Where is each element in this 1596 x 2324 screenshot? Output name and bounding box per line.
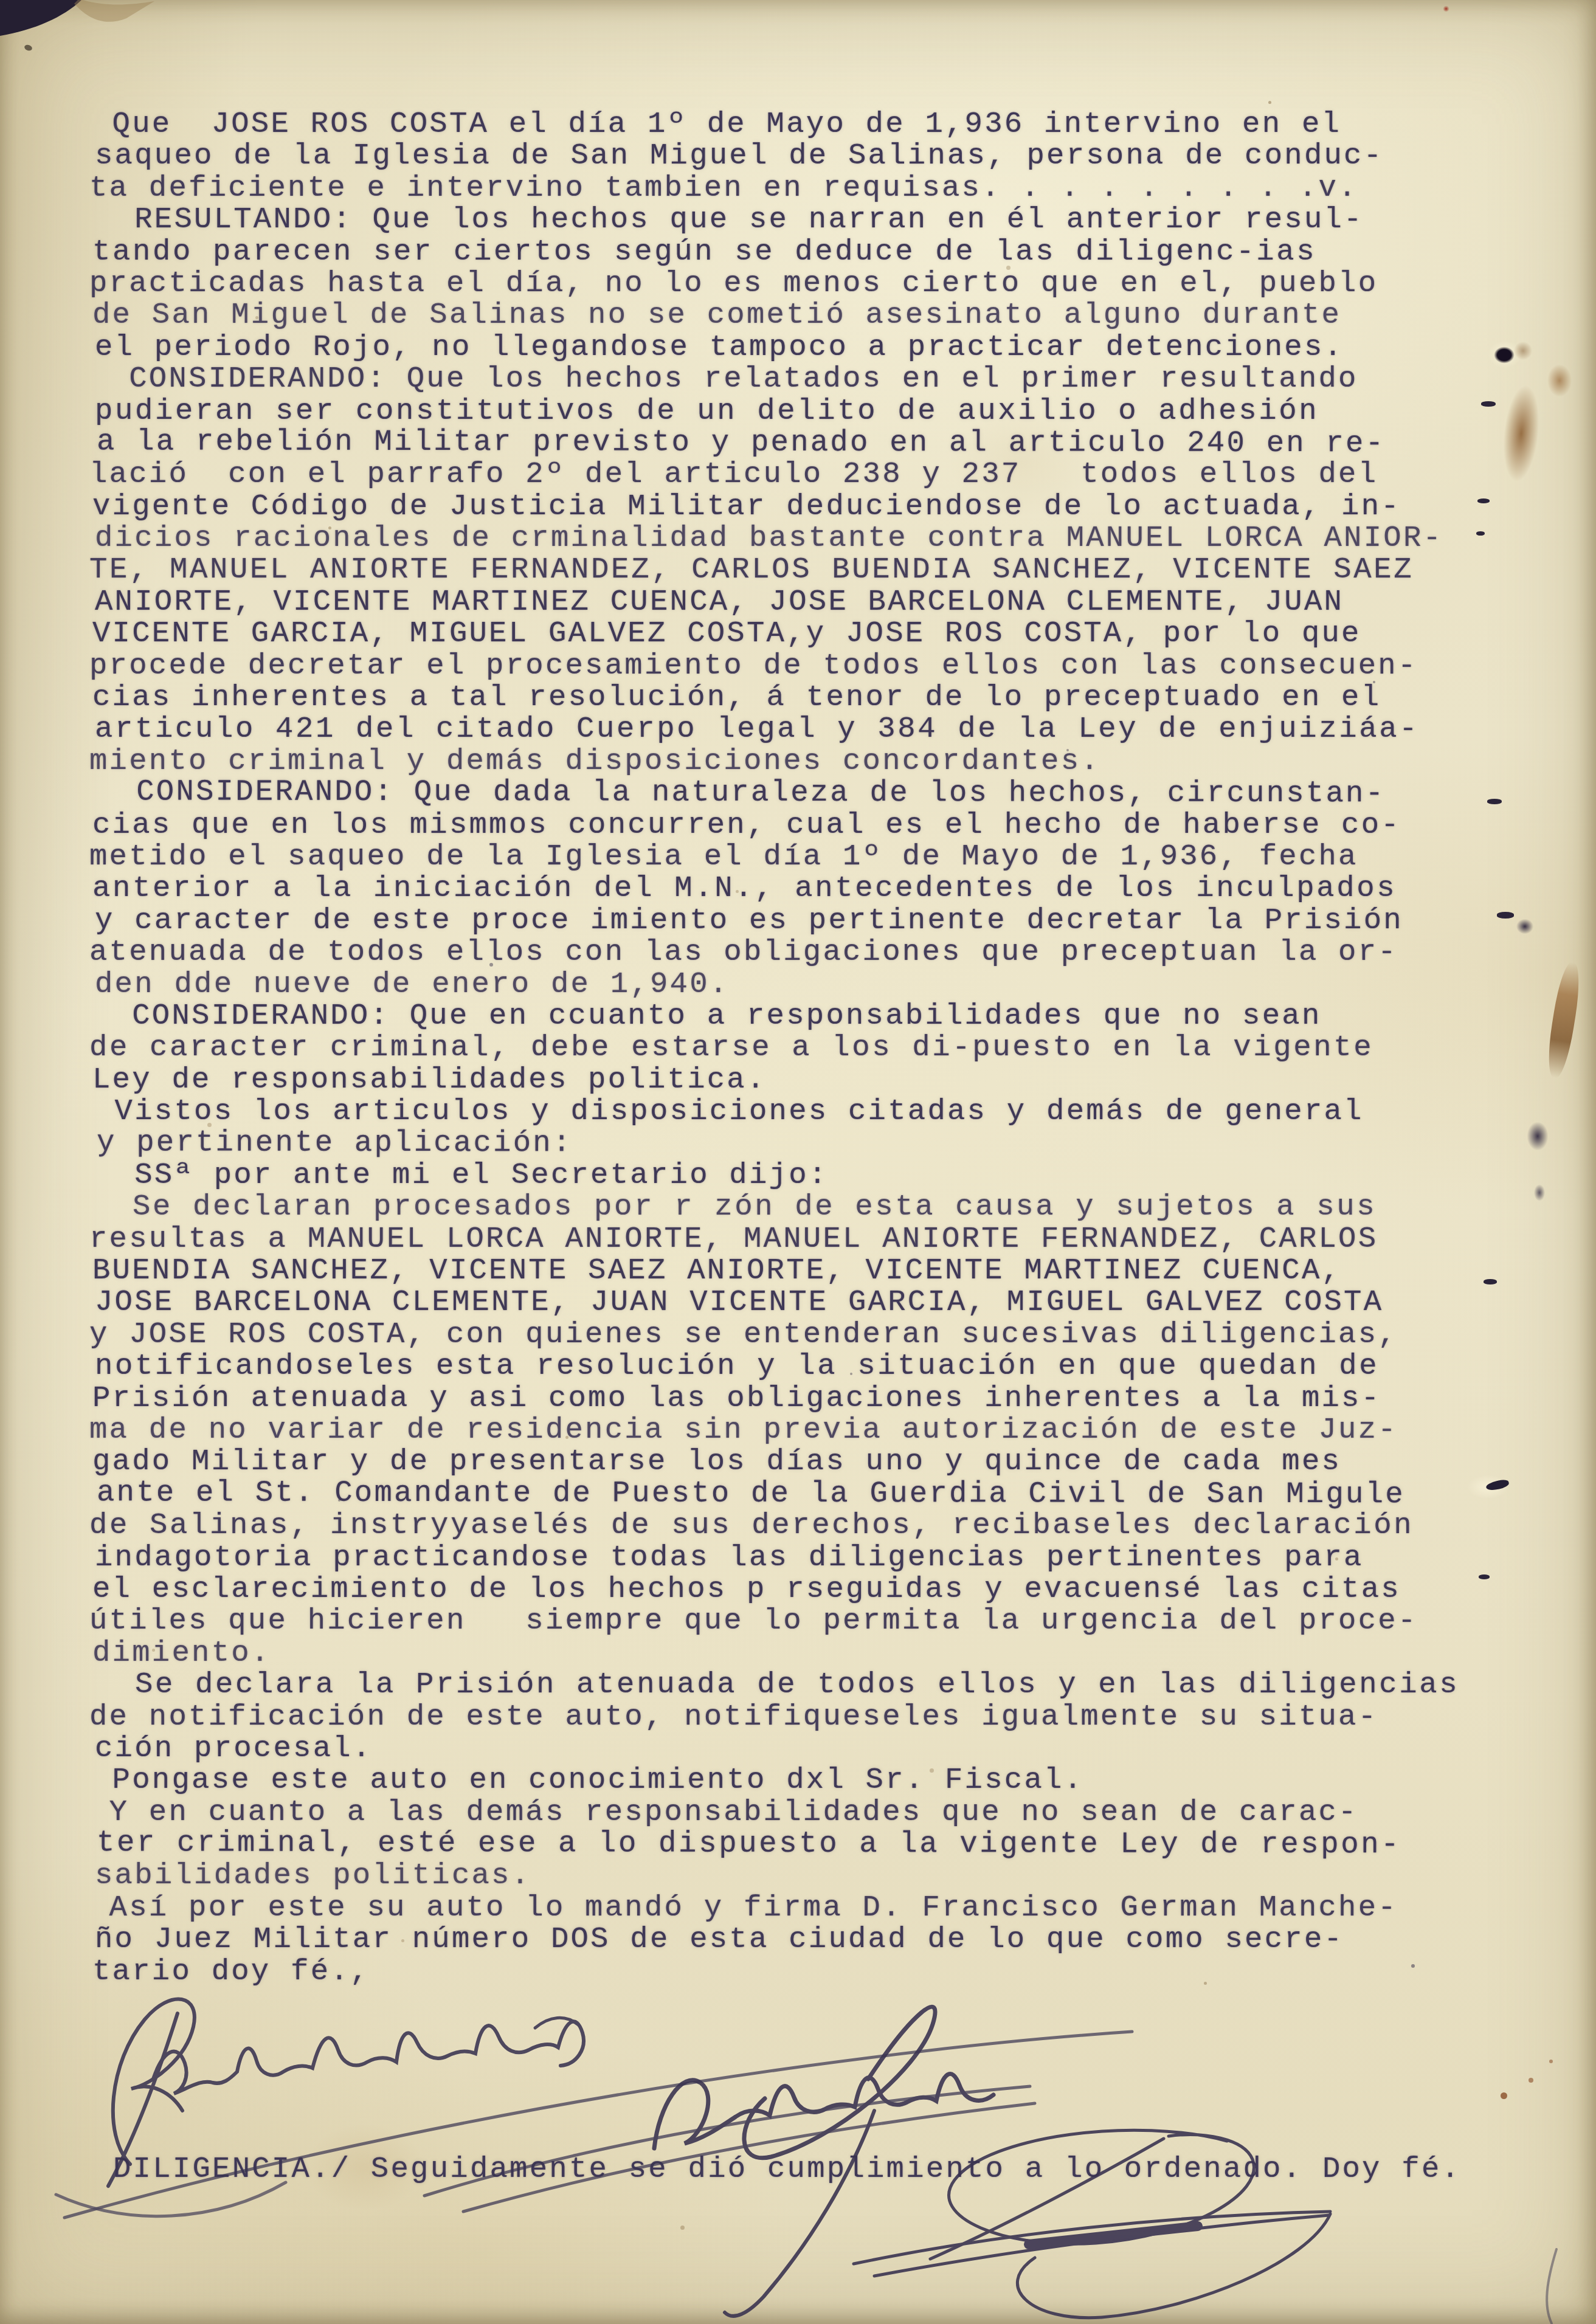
typed-line: de caracter criminal, debe estarse a los… <box>89 1032 1561 1063</box>
typed-line: saqueo de la Iglesia de San Miguel de Sa… <box>95 140 1566 171</box>
typed-line: JOSE BARCELONA CLEMENTE, JUAN VICENTE GA… <box>95 1286 1566 1318</box>
typed-line: miento criminal y demás disposiciones co… <box>89 745 1561 777</box>
typed-line: CONSIDERANDO: Que los hechos relatados e… <box>89 363 1561 395</box>
typed-line: tando parecen ser ciertos según se deduc… <box>92 236 1564 267</box>
typed-line: y caracter de este proce imiento es pert… <box>95 905 1566 936</box>
typed-line: Vistos los articulos y disposiciones cit… <box>95 1095 1566 1127</box>
typed-line: de Salinas, instryyaselés de sus derecho… <box>89 1509 1561 1541</box>
typed-line: atenuada de todos ellos con las obligaci… <box>89 936 1561 968</box>
typed-line: SSª por ante mi el Secretario dijo: <box>95 1159 1566 1191</box>
dark-speck <box>24 44 33 52</box>
typed-line: ño Juez Militar número DOS de esta ciuda… <box>95 1923 1566 1955</box>
typed-line: útiles que hicieren siempre que lo permi… <box>89 1605 1561 1636</box>
typed-line: resultas a MANUEL LORCA ANIORTE, MANUEL … <box>89 1223 1561 1255</box>
typed-line: ter criminal, esté ese a lo dispuesto a … <box>97 1827 1568 1861</box>
diligencia-line: DILIGENCIA./ Seguidamente se dió cumplim… <box>113 2152 1461 2186</box>
typed-line: Que JOSE ROS COSTA el día 1º de Mayo de … <box>92 108 1564 140</box>
typed-line: Ley de responsabilidades politica. <box>92 1064 1564 1095</box>
typed-line: ma de no variar de residencia sin previa… <box>89 1414 1561 1446</box>
typed-line: sabilidades politicas. <box>95 1860 1566 1891</box>
ink-freckles <box>0 0 2 2</box>
typed-line: y JOSE ROS COSTA, con quienes se entende… <box>89 1319 1561 1350</box>
typed-text-block: Que JOSE ROS COSTA el día 1º de Mayo de … <box>92 108 1564 1987</box>
typed-line: tario doy fé., <box>92 1956 1564 1987</box>
typed-line: dimiento. <box>92 1637 1564 1669</box>
scanned-page: Que JOSE ROS COSTA el día 1º de Mayo de … <box>0 0 1596 2324</box>
typed-line: Prisión atenuada y asi como las obligaci… <box>92 1382 1564 1414</box>
brown-speck <box>1549 2060 1553 2063</box>
typed-line: el periodo Rojo, no llegandose tampoco a… <box>95 331 1566 363</box>
typed-line: practicadas hasta el día, no lo es menos… <box>89 267 1561 299</box>
corner-ink-mark <box>0 0 182 55</box>
typed-line: Así por este su auto lo mandó y firma D.… <box>89 1892 1561 1923</box>
typed-line: Y en cuanto a las demás responsabilidade… <box>89 1796 1561 1828</box>
brown-speck <box>1529 2078 1533 2083</box>
typed-line: CONSIDERANDO: Que en ccuanto a responsab… <box>92 1000 1564 1032</box>
typed-line: anterior a la iniciación del M.N., antec… <box>92 872 1564 904</box>
typed-line: de San Miguel de Salinas no se cometió a… <box>92 299 1564 331</box>
typed-line: cias que en los mismmos concurren, cual … <box>92 809 1564 841</box>
typed-line: articulo 421 del citado Cuerpo legal y 3… <box>95 713 1566 745</box>
typed-line: procede decretar el procesamiento de tod… <box>89 650 1561 681</box>
typed-line: ta deficiente e intervino tambien en req… <box>89 172 1561 204</box>
typed-line: lació con el parrafo 2º del articulo 238… <box>89 458 1561 490</box>
typed-line: ción procesal. <box>95 1733 1566 1764</box>
typed-line: vigente Código de Justicia Militar deduc… <box>92 491 1564 522</box>
typed-line: dicios racionales de crminalidad bastant… <box>95 522 1566 554</box>
paper-freckles <box>0 0 3 3</box>
typed-line: indagotoria practicandose todas las dili… <box>95 1542 1566 1573</box>
typed-line: Pongase este auto en conocimiento dxl Sr… <box>92 1764 1564 1796</box>
typed-line: ante el St. Comandante de Puesto de la G… <box>97 1477 1568 1511</box>
typed-line: metido el saqueo de la Iglesia el día 1º… <box>89 841 1561 872</box>
typed-line: Se declara la Prisión atenuada de todos … <box>95 1669 1566 1700</box>
typed-line: gado Militar y de presentarse los días u… <box>92 1446 1564 1477</box>
typed-line: notificandoseles esta resolución y la si… <box>95 1350 1566 1382</box>
typed-line: a la rebelión Militar previsto y penado … <box>97 426 1568 460</box>
brown-speck <box>1501 2092 1507 2099</box>
typed-line: Se declaran procesados por r zón de esta… <box>92 1191 1564 1222</box>
typed-line: den dde nueve de enero de 1,940. <box>95 968 1566 1000</box>
typed-line: BUENDIA SANCHEZ, VICENTE SAEZ ANIORTE, V… <box>92 1255 1564 1286</box>
typed-line: VICENTE GARCIA, MIGUEL GALVEZ COSTA,y JO… <box>92 618 1564 649</box>
typed-line: de notificación de este auto, notifiques… <box>89 1701 1561 1733</box>
typed-line: cias inherentes a tal resolución, á teno… <box>92 681 1564 713</box>
red-speck <box>1442 5 1450 13</box>
typed-line: ANIORTE, VICENTE MARTINEZ CUENCA, JOSE B… <box>95 586 1566 618</box>
typed-line: RESULTANDO: Que los hechos que se narran… <box>95 204 1566 235</box>
typed-line: pudieran ser constitutivos de un delito … <box>95 395 1566 427</box>
typed-line: y pertinente aplicación: <box>97 1126 1568 1160</box>
typed-line: TE, MANUEL ANIORTE FERNANDEZ, CARLOS BUE… <box>89 554 1561 585</box>
typed-line: el esclarecimiento de los hechos p rsegu… <box>92 1573 1564 1605</box>
typed-line: CONSIDERANDO: Que dada la naturaleza de … <box>97 776 1568 810</box>
